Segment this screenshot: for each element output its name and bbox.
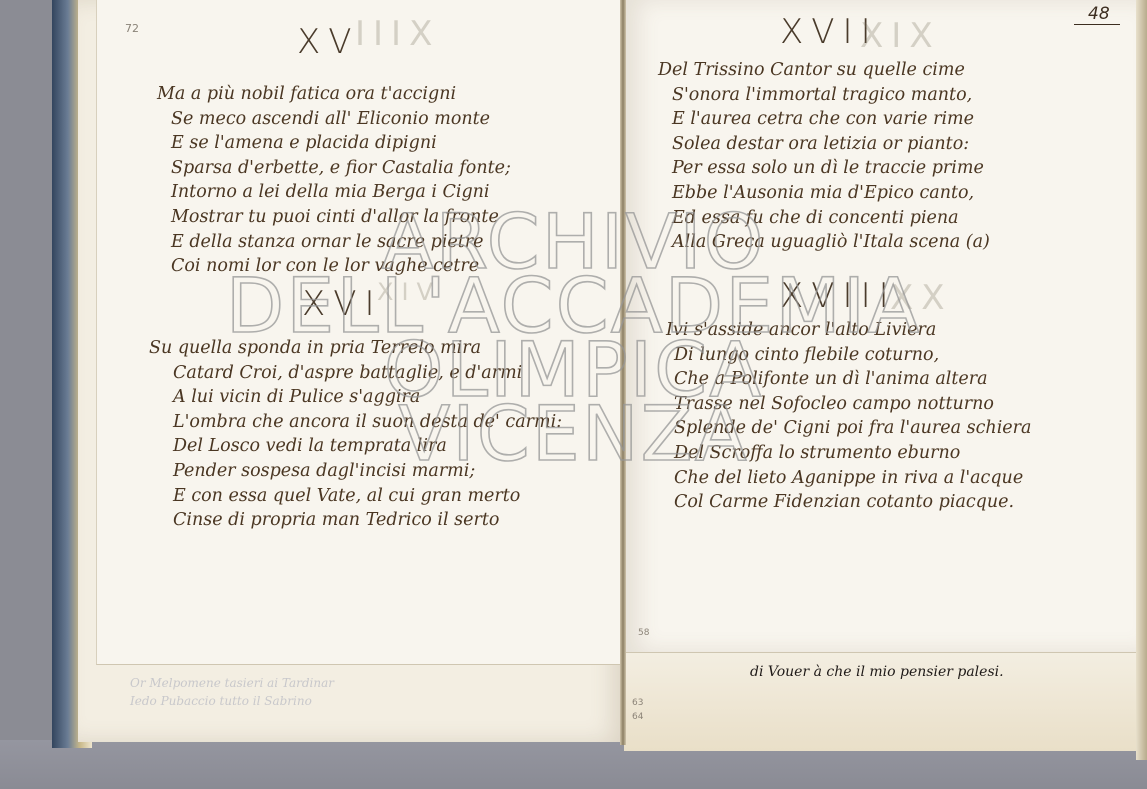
verse-line: E della stanza ornar le sacre pietre [157,230,511,255]
book-gutter [620,0,626,745]
stanza-xv: Ma a più nobil fatica ora t'accigni Se m… [157,82,511,279]
verse-line: Se meco ascendi all' Eliconio monte [157,107,511,132]
stanza-xviii: Ivi s'asside ancor l'alto Liviera Di lun… [666,318,1031,515]
section-numeral-xvi: XVI [302,284,383,324]
verse-line: Splende de' Cigni poi fra l'aurea schier… [666,416,1031,441]
page-number: 48 [1088,4,1110,24]
verse-line: Per essa solo un dì le traccie prime [658,156,990,181]
verse-line: S'onora l'immortal tragico manto, [658,83,990,108]
verse-line: Pender sospesa dagl'incisi marmi; [149,459,562,484]
verse-line: Ivi s'asside ancor l'alto Liviera [666,318,1031,343]
bleed-through-numeral: IIIX [355,14,440,54]
verse-line: L'ombra che ancora il suon desta de' car… [149,410,562,435]
verse-line: Intorno a lei della mia Berga i Cigni [157,180,511,205]
underleaf-text-2: Iedo Pubaccio tutto il Sabrino [130,694,312,708]
verse-line: Ma a più nobil fatica ora t'accigni [157,82,511,107]
bleed-through-numeral: XX [890,278,953,318]
verse-line: Del Scroffa lo strumento eburno [666,441,1031,466]
verse-line: Alla Greca uguagliò l'Itala scena (a) [658,230,990,255]
verse-line: E con essa quel Vate, al cui gran merto [149,484,562,509]
verse-line: E l'aurea cetra che con varie rime [658,107,990,132]
verse-line: Mostrar tu puoi cinti d'allor la fronte [157,205,511,230]
verse-line: Sparsa d'erbette, e fior Castalia fonte; [157,156,511,181]
verse-line: Solea destar ora letizia or pianto: [658,132,990,157]
underleaf-text-1: Or Melpomene tasieri ai Tardinar [130,676,334,690]
right-page: 48 XVII XIX Del Trissino Cantor su quell… [624,0,1139,653]
bleed-through-numeral: XIX [860,16,941,56]
verse-line: Ebbe l'Ausonia mia d'Epico canto, [658,181,990,206]
verse-line: A lui vicin di Pulice s'aggira [149,385,562,410]
verse-line: Coi nomi lor con le lor vaghe cetre [157,254,511,279]
folio-number: 63 [632,698,643,708]
page-number-underline [1074,24,1120,25]
folio-number: 64 [632,712,643,722]
verse-line: Del Trissino Cantor su quelle cime [658,58,990,83]
margin-note: 72 [125,22,139,35]
folio-number: 58 [638,628,649,638]
bleed-through-numeral: XIV [377,278,441,306]
stanza-xvi: Su quella sponda in pria Terrelo mira Ca… [149,336,562,533]
verse-line: Di lungo cinto flebile coturno, [666,343,1031,368]
section-numeral-xviii: XVIII [780,276,897,316]
section-numeral-xv: XV [297,22,360,62]
verse-line: Col Carme Fidenzian cotanto piacque. [666,490,1031,515]
verse-line: Trasse nel Sofocleo campo notturno [666,392,1031,417]
right-page-underleaf: di Vouer à che il mio pensier palesi. 63… [624,645,1136,751]
left-page: 72 XV IIIX Ma a più nobil fatica ora t'a… [96,0,623,665]
verse-line: Cinse di propria man Tedrico il serto [149,508,562,533]
verse-line: E se l'amena e placida dipigni [157,131,511,156]
underleaf-verse-line: di Vouer à che il mio pensier palesi. [750,664,1004,680]
verse-line: Del Losco vedi la temprata lira [149,434,562,459]
stanza-xvii: Del Trissino Cantor su quelle cime S'ono… [658,58,990,255]
verse-line: Che del lieto Aganippe in riva a l'acque [666,466,1031,491]
page-stack-edge [1136,0,1147,760]
verse-line: Su quella sponda in pria Terrelo mira [149,336,562,361]
verse-line: Che a Polifonte un dì l'anima altera [666,367,1031,392]
verse-line: Catard Croi, d'aspre battaglie, e d'armi [149,361,562,386]
verse-line: Ed essa fu che di concenti piena [658,206,990,231]
